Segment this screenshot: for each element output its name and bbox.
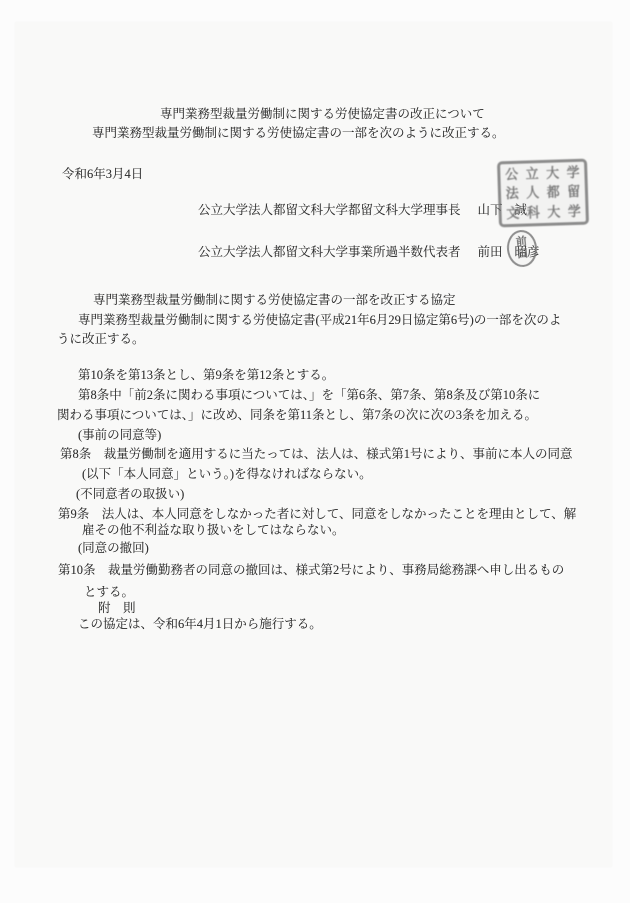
body-line: とする。 [84,585,134,600]
body-line: (同意の撤回) [78,541,149,556]
seal-glyph: 田 [517,248,529,260]
seal-glyph: 立 [522,164,543,185]
signature-row-director: 公立大学法人都留文科大学都留文科大学理事長 山下 誠 [198,203,527,218]
signer-role: 公立大学法人都留文科大学都留文科大学理事長 [198,203,461,218]
body-line: 第10条を第13条とし、第9条を第12条とする。 [78,368,334,383]
body-line: (事前の同意等) [78,428,161,443]
document-date: 令和6年3月4日 [62,167,143,182]
body-line: 雇その他不利益な取り扱いをしてはならない。 [82,523,345,538]
body-line: (不同意者の取扱い) [76,487,184,502]
body-line: 第8条中「前2条に関わる事項については、」を「第6条、第7条、第8条及び第10条… [78,388,540,403]
body-line: (以下「本人同意」という。)を得なければならない。 [82,467,372,482]
page-subtitle: 専門業務型裁量労働制に関する労使協定書の一部を次のように改正する。 [92,126,505,141]
signer-role: 公立大学法人都留文科大学事業所過半数代表者 [198,245,461,260]
seal-glyph: 文 [502,203,523,224]
seal-glyph: 学 [563,162,584,183]
seal-glyph: 法 [502,183,523,204]
body-line: 第8条 裁量労働制を適用するに当たっては、法人は、様式第1号により、事前に本人の… [60,447,573,462]
seal-glyph: 人 [522,183,543,204]
university-square-seal: 公 立 大 学 法 人 都 留 文 科 大 学 [497,159,589,228]
seal-glyph: 都 [543,182,564,203]
body-line: 関わる事項については、」に改め、同条を第11条とし、第7条の次に次の3条を加える… [57,408,537,423]
signer-last-name: 前田 [478,245,503,260]
body-line: 専門業務型裁量労働制に関する労使協定書の一部を改正する協定 [93,293,456,308]
signature-row-representative: 公立大学法人都留文科大学事業所過半数代表者 前田 昭彦 [198,245,540,260]
seal-glyph: 公 [501,164,522,185]
seal-glyph: 大 [542,163,563,184]
body-line: 附 則 [98,601,136,616]
body-line: 第10条 裁量労働勤務者の同意の撤回は、様式第2号により、事務局総務課へ申し出る… [58,563,564,578]
seal-glyph: 留 [563,182,584,203]
seal-glyph: 科 [523,202,544,223]
seal-glyph: 大 [543,202,564,223]
seal-glyph: 学 [564,201,585,222]
body-line: この協定は、令和6年4月1日から施行する。 [78,617,322,632]
body-line: うに改正する。 [57,332,145,347]
scanned-document: 専門業務型裁量労働制に関する労使協定書の改正について 専門業務型裁量労働制に関す… [0,0,630,903]
document-page [15,22,612,867]
body-line: 第9条 法人は、本人同意をしなかった者に対して、同意をしなかったことを理由として… [58,507,576,522]
body-line: 専門業務型裁量労働制に関する労使協定書(平成21年6月29日協定第6号)の一部を… [78,313,561,328]
page-title: 専門業務型裁量労働制に関する労使協定書の改正について [160,107,485,122]
